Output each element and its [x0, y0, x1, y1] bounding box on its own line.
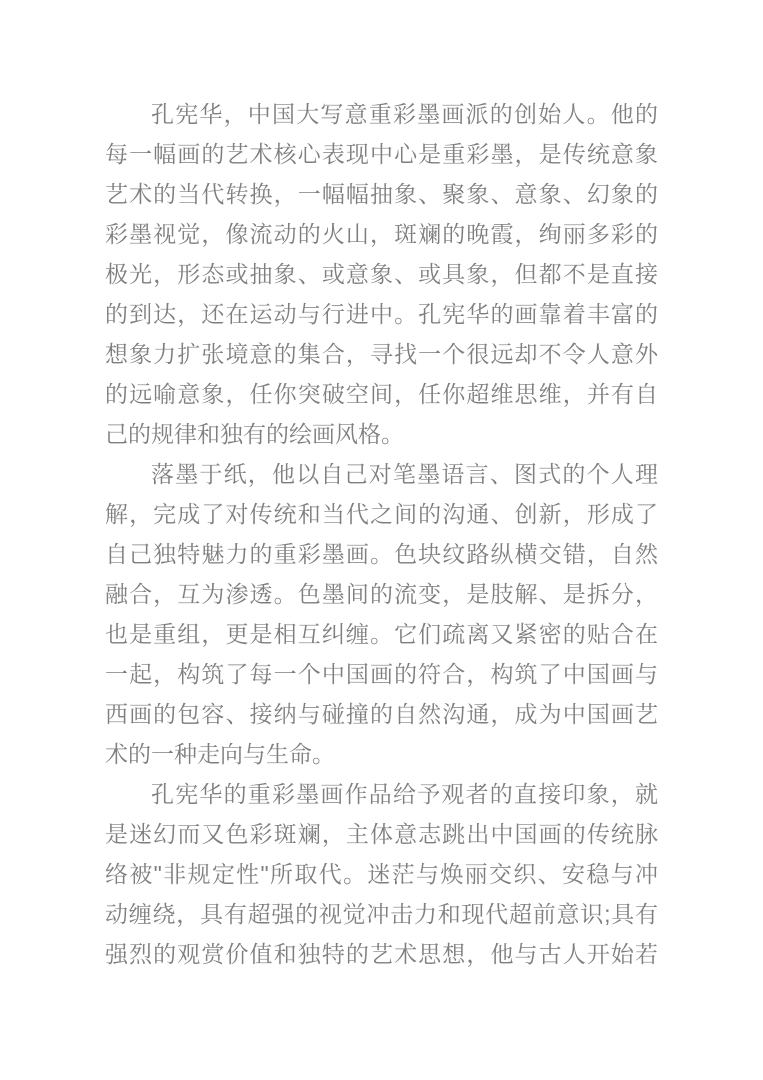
paragraph: 落墨于纸，他以自己对笔墨语言、图式的个人理解，完成了对传统和当代之间的沟通、创新…	[105, 454, 658, 774]
text-line: 动缠绕，具有超强的视觉冲击力和现代超前意识;具有	[105, 894, 658, 934]
paragraph: 孔宪华，中国大写意重彩墨画派的创始人。他的每一幅画的艺术核心表现中心是重彩墨，是…	[105, 94, 658, 454]
text-line: 也是重组，更是相互纠缠。它们疏离又紧密的贴合在	[105, 614, 658, 654]
text-line: 西画的包容、接纳与碰撞的自然沟通，成为中国画艺	[105, 694, 658, 734]
text-line: 己的规律和独有的绘画风格。	[105, 414, 658, 454]
text-line: 融合，互为渗透。色墨间的流变，是肢解、是拆分，	[105, 574, 658, 614]
text-line: 极光，形态或抽象、或意象、或具象，但都不是直接	[105, 254, 658, 294]
text-line: 每一幅画的艺术核心表现中心是重彩墨，是传统意象	[105, 134, 658, 174]
text-line: 的到达，还在运动与行进中。孔宪华的画靠着丰富的	[105, 294, 658, 334]
text-line: 孔宪华的重彩墨画作品给予观者的直接印象，就	[105, 774, 658, 814]
document-page: 孔宪华，中国大写意重彩墨画派的创始人。他的每一幅画的艺术核心表现中心是重彩墨，是…	[0, 0, 763, 1080]
text-line: 术的一种走向与生命。	[105, 734, 658, 774]
text-line: 自己独特魅力的重彩墨画。色块纹路纵横交错，自然	[105, 534, 658, 574]
text-line: 孔宪华，中国大写意重彩墨画派的创始人。他的	[105, 94, 658, 134]
text-line: 是迷幻而又色彩斑斓，主体意志跳出中国画的传统脉	[105, 814, 658, 854]
document-body: 孔宪华，中国大写意重彩墨画派的创始人。他的每一幅画的艺术核心表现中心是重彩墨，是…	[105, 94, 658, 974]
text-line: 想象力扩张境意的集合，寻找一个很远却不令人意外	[105, 334, 658, 374]
text-line: 强烈的观赏价值和独特的艺术思想，他与古人开始若	[105, 934, 658, 974]
text-line: 解，完成了对传统和当代之间的沟通、创新，形成了	[105, 494, 658, 534]
paragraph: 孔宪华的重彩墨画作品给予观者的直接印象，就是迷幻而又色彩斑斓，主体意志跳出中国画…	[105, 774, 658, 974]
text-line: 络被"非规定性"所取代。迷茫与焕丽交织、安稳与冲	[105, 854, 658, 894]
text-line: 的远喻意象，任你突破空间，任你超维思维，并有自	[105, 374, 658, 414]
text-line: 艺术的当代转换，一幅幅抽象、聚象、意象、幻象的	[105, 174, 658, 214]
text-line: 彩墨视觉，像流动的火山，斑斓的晚霞，绚丽多彩的	[105, 214, 658, 254]
text-line: 落墨于纸，他以自己对笔墨语言、图式的个人理	[105, 454, 658, 494]
text-line: 一起，构筑了每一个中国画的符合，构筑了中国画与	[105, 654, 658, 694]
